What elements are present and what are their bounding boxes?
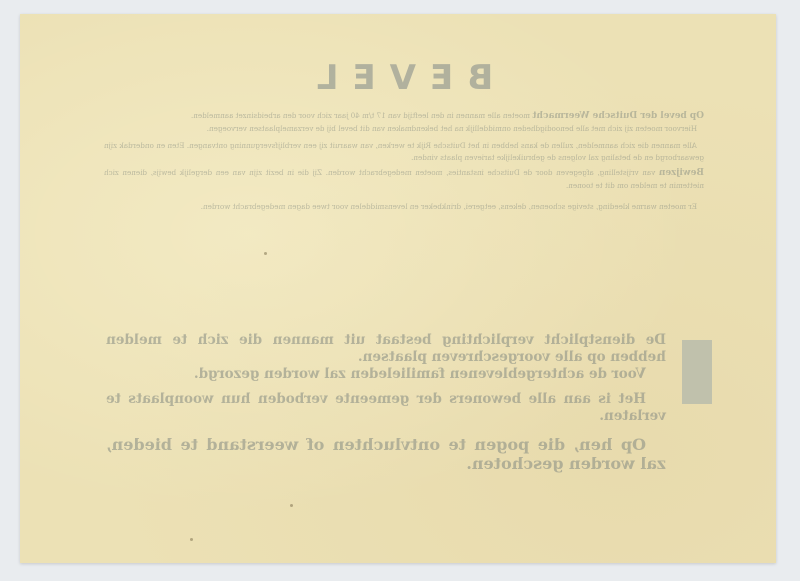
paragraph-1: Op bevel der Duitsche Weermacht moeten a… (104, 110, 704, 123)
notice-1: De dienstplicht verplichting bestaat uit… (106, 332, 666, 366)
notice-2: Voor de achtergeblevenen familieleden za… (106, 366, 666, 383)
paper-speck (190, 538, 193, 541)
notice-3: Het is aan alle bewoners der gemeente ve… (106, 391, 666, 425)
document-title: BEVEL (20, 58, 776, 98)
paragraph-5: Er moeten warme kleeding, stevige schoen… (104, 201, 704, 213)
small-print-section: Op bevel der Duitsche Weermacht moeten a… (104, 110, 704, 213)
notice-4: Op hen, die pogen te ontvluchten of weer… (106, 435, 666, 473)
document-sheet: BEVEL Op bevel der Duitsche Weermacht mo… (20, 14, 776, 563)
bold-notice-section: De dienstplicht verplichting bestaat uit… (106, 332, 666, 473)
grey-stamp-block (682, 340, 712, 404)
paper-speck (290, 504, 293, 507)
paragraph-2: Hiervoor moeten zij zich met alle benood… (104, 123, 704, 135)
paper-speck (264, 252, 267, 255)
paragraph-3: Alle mannen die zich aanmelden, zullen d… (104, 140, 704, 163)
mirrored-bleed-through: BEVEL Op bevel der Duitsche Weermacht mo… (20, 14, 776, 563)
paragraph-4: Bewijzen van vrijstelling, afgegeven doo… (104, 167, 704, 191)
